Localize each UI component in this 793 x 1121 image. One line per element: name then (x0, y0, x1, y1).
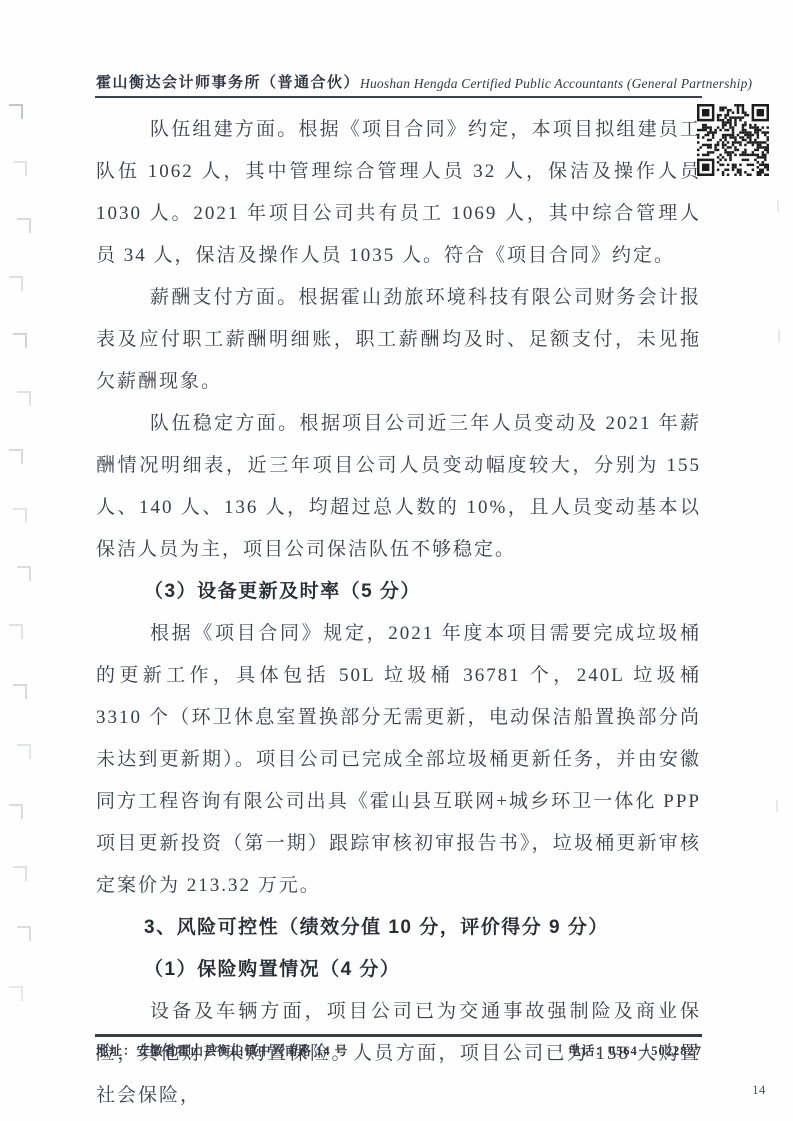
scan-artifact (17, 218, 31, 233)
scan-artifact (9, 804, 23, 819)
scan-artifact (9, 449, 23, 464)
header-divider (95, 96, 702, 98)
scan-artifact (777, 200, 779, 212)
scan-artifact (13, 866, 27, 881)
document-page: 霍山衡达会计师事务所（普通合伙） Huoshan Hengda Certifie… (0, 0, 793, 1121)
qr-code-icon (697, 103, 769, 177)
scan-artifact (13, 161, 27, 176)
page-number: 14 (744, 1083, 774, 1098)
scan-artifact (9, 104, 23, 119)
firm-name-zh: 霍山衡达会计师事务所（普通合伙） (96, 71, 360, 92)
scan-artifact (17, 926, 31, 941)
footer-address: 地址：安徽省霍山县衡山镇中兴南路 14 号 (96, 1041, 348, 1059)
document-body: 队伍组建方面。根据《项目合同》约定，本项目拟组建员工队伍 1062 人，其中管理… (96, 109, 701, 1117)
section-heading: （3）设备更新及时率（5 分） (96, 571, 701, 613)
footer-divider (95, 1034, 702, 1037)
footer-phone: 电话：0564－5022827 (568, 1041, 702, 1059)
page-header: 霍山衡达会计师事务所（普通合伙） Huoshan Hengda Certifie… (96, 62, 702, 92)
section-heading: （1）保险购置情况（4 分） (96, 949, 701, 991)
scan-artifact (13, 508, 27, 523)
scan-artifact (9, 624, 23, 639)
scan-artifact (9, 986, 23, 1001)
scan-artifact (9, 276, 23, 291)
firm-name-en: Huoshan Hengda Certified Public Accounta… (360, 76, 752, 92)
section-heading: 3、风险可控性（绩效分值 10 分，评价得分 9 分） (96, 907, 701, 949)
scan-artifact (13, 333, 27, 348)
scan-artifact (776, 800, 778, 812)
scan-artifact (17, 566, 31, 581)
body-paragraph: 队伍稳定方面。根据项目公司近三年人员变动及 2021 年薪酬情况明细表，近三年项… (96, 403, 701, 571)
page-footer: 地址：安徽省霍山县衡山镇中兴南路 14 号 电话：0564－5022827 (96, 1041, 702, 1059)
body-paragraph: 薪酬支付方面。根据霍山劲旅环境科技有限公司财务会计报表及应付职工薪酬明细账，职工… (96, 277, 701, 403)
scan-artifact (778, 330, 780, 342)
body-paragraph: 队伍组建方面。根据《项目合同》约定，本项目拟组建员工队伍 1062 人，其中管理… (96, 109, 701, 277)
scan-artifact (13, 684, 27, 699)
scan-artifact (17, 744, 31, 759)
body-paragraph: 根据《项目合同》规定，2021 年度本项目需要完成垃圾桶的更新工作，具体包括 5… (96, 613, 701, 907)
scan-artifact (17, 391, 31, 406)
